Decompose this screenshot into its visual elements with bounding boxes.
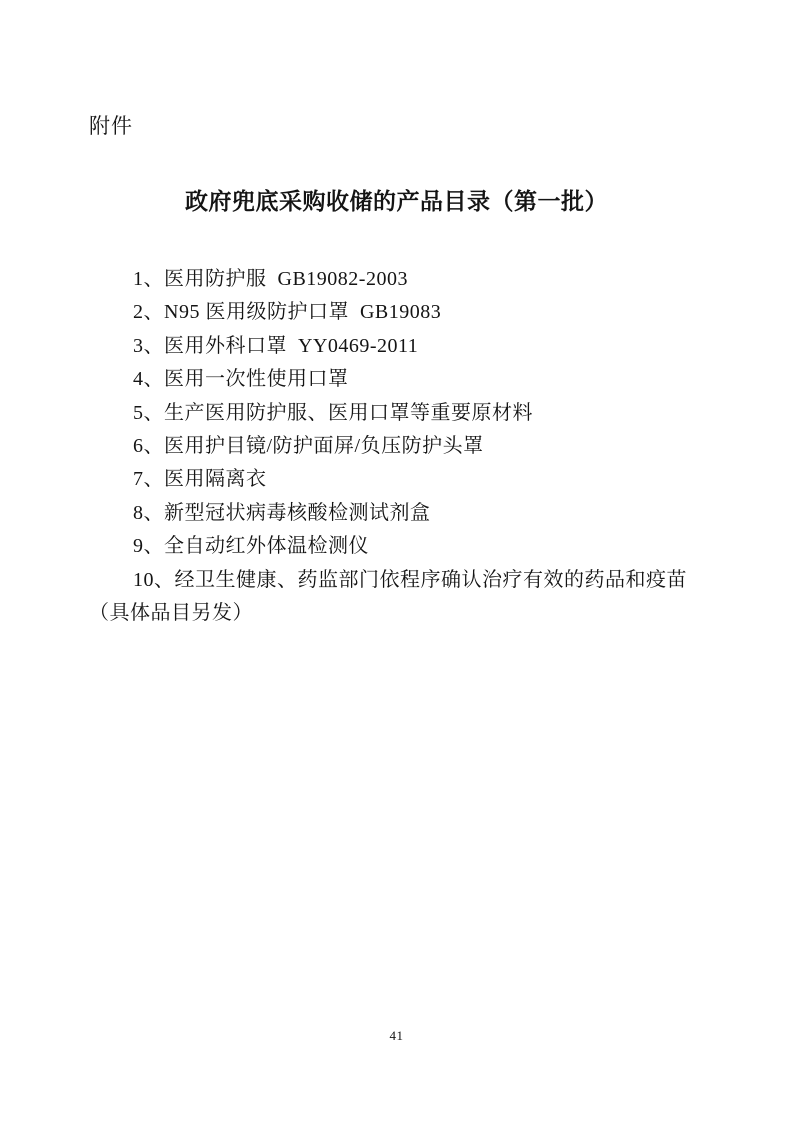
list-item: 8、新型冠状病毒核酸检测试剂盒	[89, 497, 719, 530]
list-item: 1、医用防护服 GB19082-2003	[89, 263, 719, 296]
list-item: 6、医用护目镜/防护面屏/负压防护头罩	[89, 430, 719, 463]
list-item: 7、医用隔离衣	[89, 463, 719, 496]
document-page: 附件 政府兜底采购收储的产品目录（第一批） 1、医用防护服 GB19082-20…	[0, 0, 793, 1121]
list-item: 10、经卫生健康、药监部门依程序确认治疗有效的药品和疫苗（具体品目另发）	[89, 564, 719, 631]
list-item: 2、N95 医用级防护口罩 GB19083	[89, 296, 719, 329]
list-item: 5、生产医用防护服、医用口罩等重要原材料	[89, 397, 719, 430]
list-item: 4、医用一次性使用口罩	[89, 363, 719, 396]
page-title: 政府兜底采购收储的产品目录（第一批）	[0, 189, 793, 215]
list-item: 3、医用外科口罩 YY0469-2011	[89, 330, 719, 363]
list-item: 9、全自动红外体温检测仪	[89, 530, 719, 563]
product-list: 1、医用防护服 GB19082-2003 2、N95 医用级防护口罩 GB190…	[89, 263, 719, 630]
attachment-label: 附件	[89, 115, 133, 138]
page-number: 41	[0, 1028, 793, 1044]
